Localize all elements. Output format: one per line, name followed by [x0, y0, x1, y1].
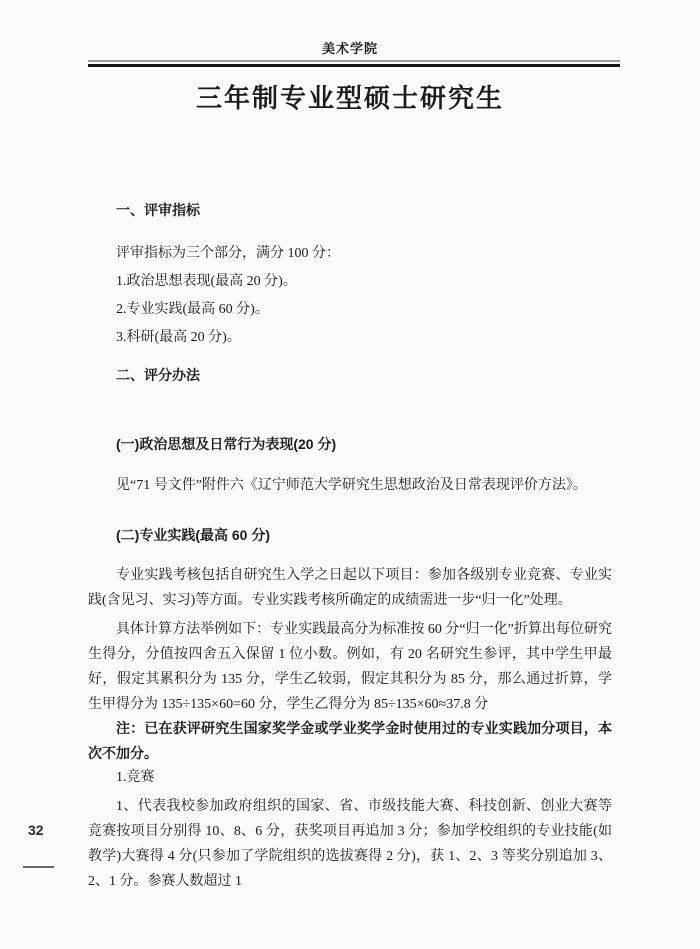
section1-item-3: 3.科研(最高 20 分)。	[88, 329, 640, 347]
section2-sub2-list-heading: 1.竞赛	[88, 769, 640, 787]
page-number: 32	[28, 822, 44, 838]
header-rule-thick	[88, 64, 620, 67]
section1-item-2: 2.专业实践(最高 60 分)。	[88, 301, 640, 319]
section2-sub2-paragraph-1: 专业实践考核包括自研究生入学之日起以下项目：参加各级别专业竞赛、专业实践(含见习…	[88, 563, 612, 613]
section2-sub1-heading: (一)政治思想及日常行为表现(20 分)	[88, 435, 640, 453]
running-header: 美术学院	[0, 38, 700, 57]
header-rule-thin	[88, 60, 620, 62]
document-page: 美术学院 三年制专业型硕士研究生 一、评审指标 评审指标为三个部分，满分 100…	[0, 0, 700, 949]
section2-sub2-heading: (二)专业实践(最高 60 分)	[88, 526, 640, 544]
section1-heading: 一、评审指标	[88, 201, 640, 219]
section2-sub2-note: 注：已在获评研究生国家奖学金或学业奖学金时使用过的专业实践加分项目，本次不加分。	[88, 716, 612, 766]
section2-heading: 二、评分办法	[88, 366, 640, 384]
section1-item-1: 1.政治思想表现(最高 20 分)。	[88, 273, 640, 291]
section1-intro: 评审指标为三个部分，满分 100 分：	[88, 245, 640, 263]
section2-sub1-body: 见“71 号文件”附件六《辽宁师范大学研究生思想政治及日常表现评价方法》。	[88, 477, 640, 495]
section2-sub2-paragraph-2: 具体计算方法举例如下：专业实践最高分为标准按 60 分“归一化”折算出每位研究生…	[88, 617, 612, 717]
section2-sub2-list-item-1: 1、代表我校参加政府组织的国家、省、市级技能大赛、科技创新、创业大赛等竞赛按项目…	[88, 794, 612, 894]
document-title: 三年制专业型硕士研究生	[0, 78, 700, 115]
page-number-rule	[23, 866, 54, 868]
